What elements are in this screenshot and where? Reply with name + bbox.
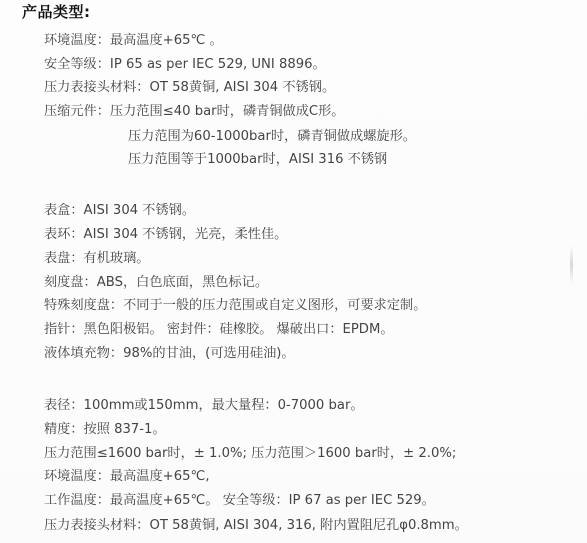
scan-artifact — [570, 245, 573, 285]
section-title: 产品类型: — [22, 1, 91, 22]
spec-line: 特殊刻度盘：不同于一般的压力范围或自定义图形，可要求定制。 — [44, 297, 426, 315]
spec-line: 压力表接头材料：OT 58黄铜, AISI 304, 316, 附内置阻尼孔φ0… — [44, 517, 468, 535]
spec-line: 表环：AISI 304 不锈钢，光亮，柔性佳。 — [44, 226, 287, 244]
spec-line: 刻度盘：ABS，白色底面，黑色标记。 — [44, 274, 268, 292]
spec-line: 精度：按照 837-1。 — [44, 421, 166, 439]
spec-line: 表盒：AISI 304 不锈钢。 — [44, 202, 195, 220]
spec-line: 压力表接头材料：OT 58黄铜, AISI 304 不锈钢。 — [44, 79, 335, 97]
spec-line: 表盘：有机玻璃。 — [44, 250, 150, 268]
spec-line: 指针：黑色阳极铝。 密封件：硅橡胶。 爆破出口：EPDM。 — [44, 321, 394, 339]
spec-line: 环境温度：最高温度+65℃ 。 — [44, 32, 223, 50]
spec-line: 工作温度：最高温度+65℃。 安全等级：IP 67 as per IEC 529… — [44, 492, 435, 510]
spec-line: 液体填充物：98%的甘油，(可选用硅油)。 — [44, 345, 295, 363]
spec-line: 压力范围为60-1000bar时，磷青铜做成螺旋形。 — [128, 128, 416, 146]
spec-line: 安全等级：IP 65 as per IEC 529, UNI 8896。 — [44, 56, 326, 74]
document-page: 产品类型: 环境温度：最高温度+65℃ 。安全等级：IP 65 as per I… — [0, 0, 587, 543]
spec-line: 表径：100mm或150mm，最大量程：0-7000 bar。 — [44, 397, 364, 415]
spec-line: 压缩元件：压力范围≤40 bar时，磷青铜做成C形。 — [44, 103, 344, 121]
spec-line: 环境温度：最高温度+65℃, — [44, 468, 210, 486]
spec-line: 压力范围≤1600 bar时，± 1.0%; 压力范围＞1600 bar时，± … — [44, 445, 456, 463]
spec-line: 压力范围等于1000bar时，AISI 316 不锈钢 — [128, 151, 387, 169]
